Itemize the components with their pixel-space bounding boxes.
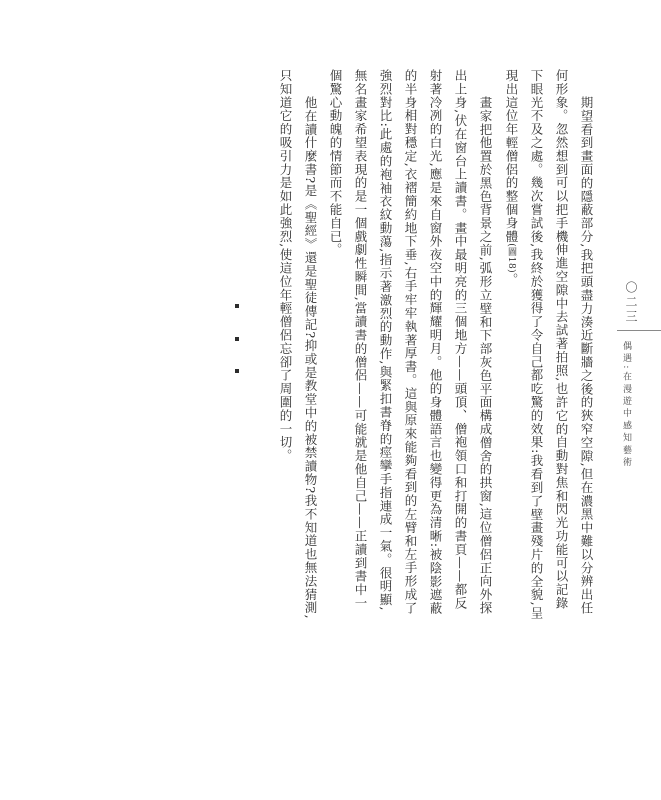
paragraph-1-period: 。	[504, 273, 519, 286]
paragraph-3: 他在讀什麼書?是《聖經》還是聖徒傳記?抑或是教堂中的被禁讀物?我不知道也無法猜測…	[273, 69, 323, 621]
page-number: 〇二三	[623, 281, 640, 325]
book-page: 〇二三 偶遇:在漫遊中感知藝術 期望看到畫面的隱蔽部分,我把頭盡力湊近斷牆之後的…	[0, 0, 661, 800]
body-text-block: 期望看到畫面的隱蔽部分,我把頭盡力湊近斷牆之後的狹窄空隙,但在濃黑中難以分辨出任…	[273, 69, 599, 621]
section-break-dot	[235, 337, 239, 341]
running-head-rule	[617, 330, 661, 331]
paragraph-1: 期望看到畫面的隱蔽部分,我把頭盡力湊近斷牆之後的狹窄空隙,但在濃黑中難以分辨出任…	[498, 69, 599, 621]
chapter-title: 偶遇:在漫遊中感知藝術	[620, 341, 633, 469]
section-break-dot	[235, 369, 239, 373]
section-break-dot	[235, 304, 239, 308]
figure-reference: (圖18)	[506, 243, 516, 273]
paragraph-1-text: 期望看到畫面的隱蔽部分,我把頭盡力湊近斷牆之後的狹窄空隙,但在濃黑中難以分辨出任…	[504, 69, 594, 620]
section-break	[234, 304, 239, 373]
paragraph-2: 畫家把他置於黑色背景之前,弧形立壁和下部灰色平面構成僧舍的拱窗,這位僧侶正向外探…	[323, 69, 498, 621]
